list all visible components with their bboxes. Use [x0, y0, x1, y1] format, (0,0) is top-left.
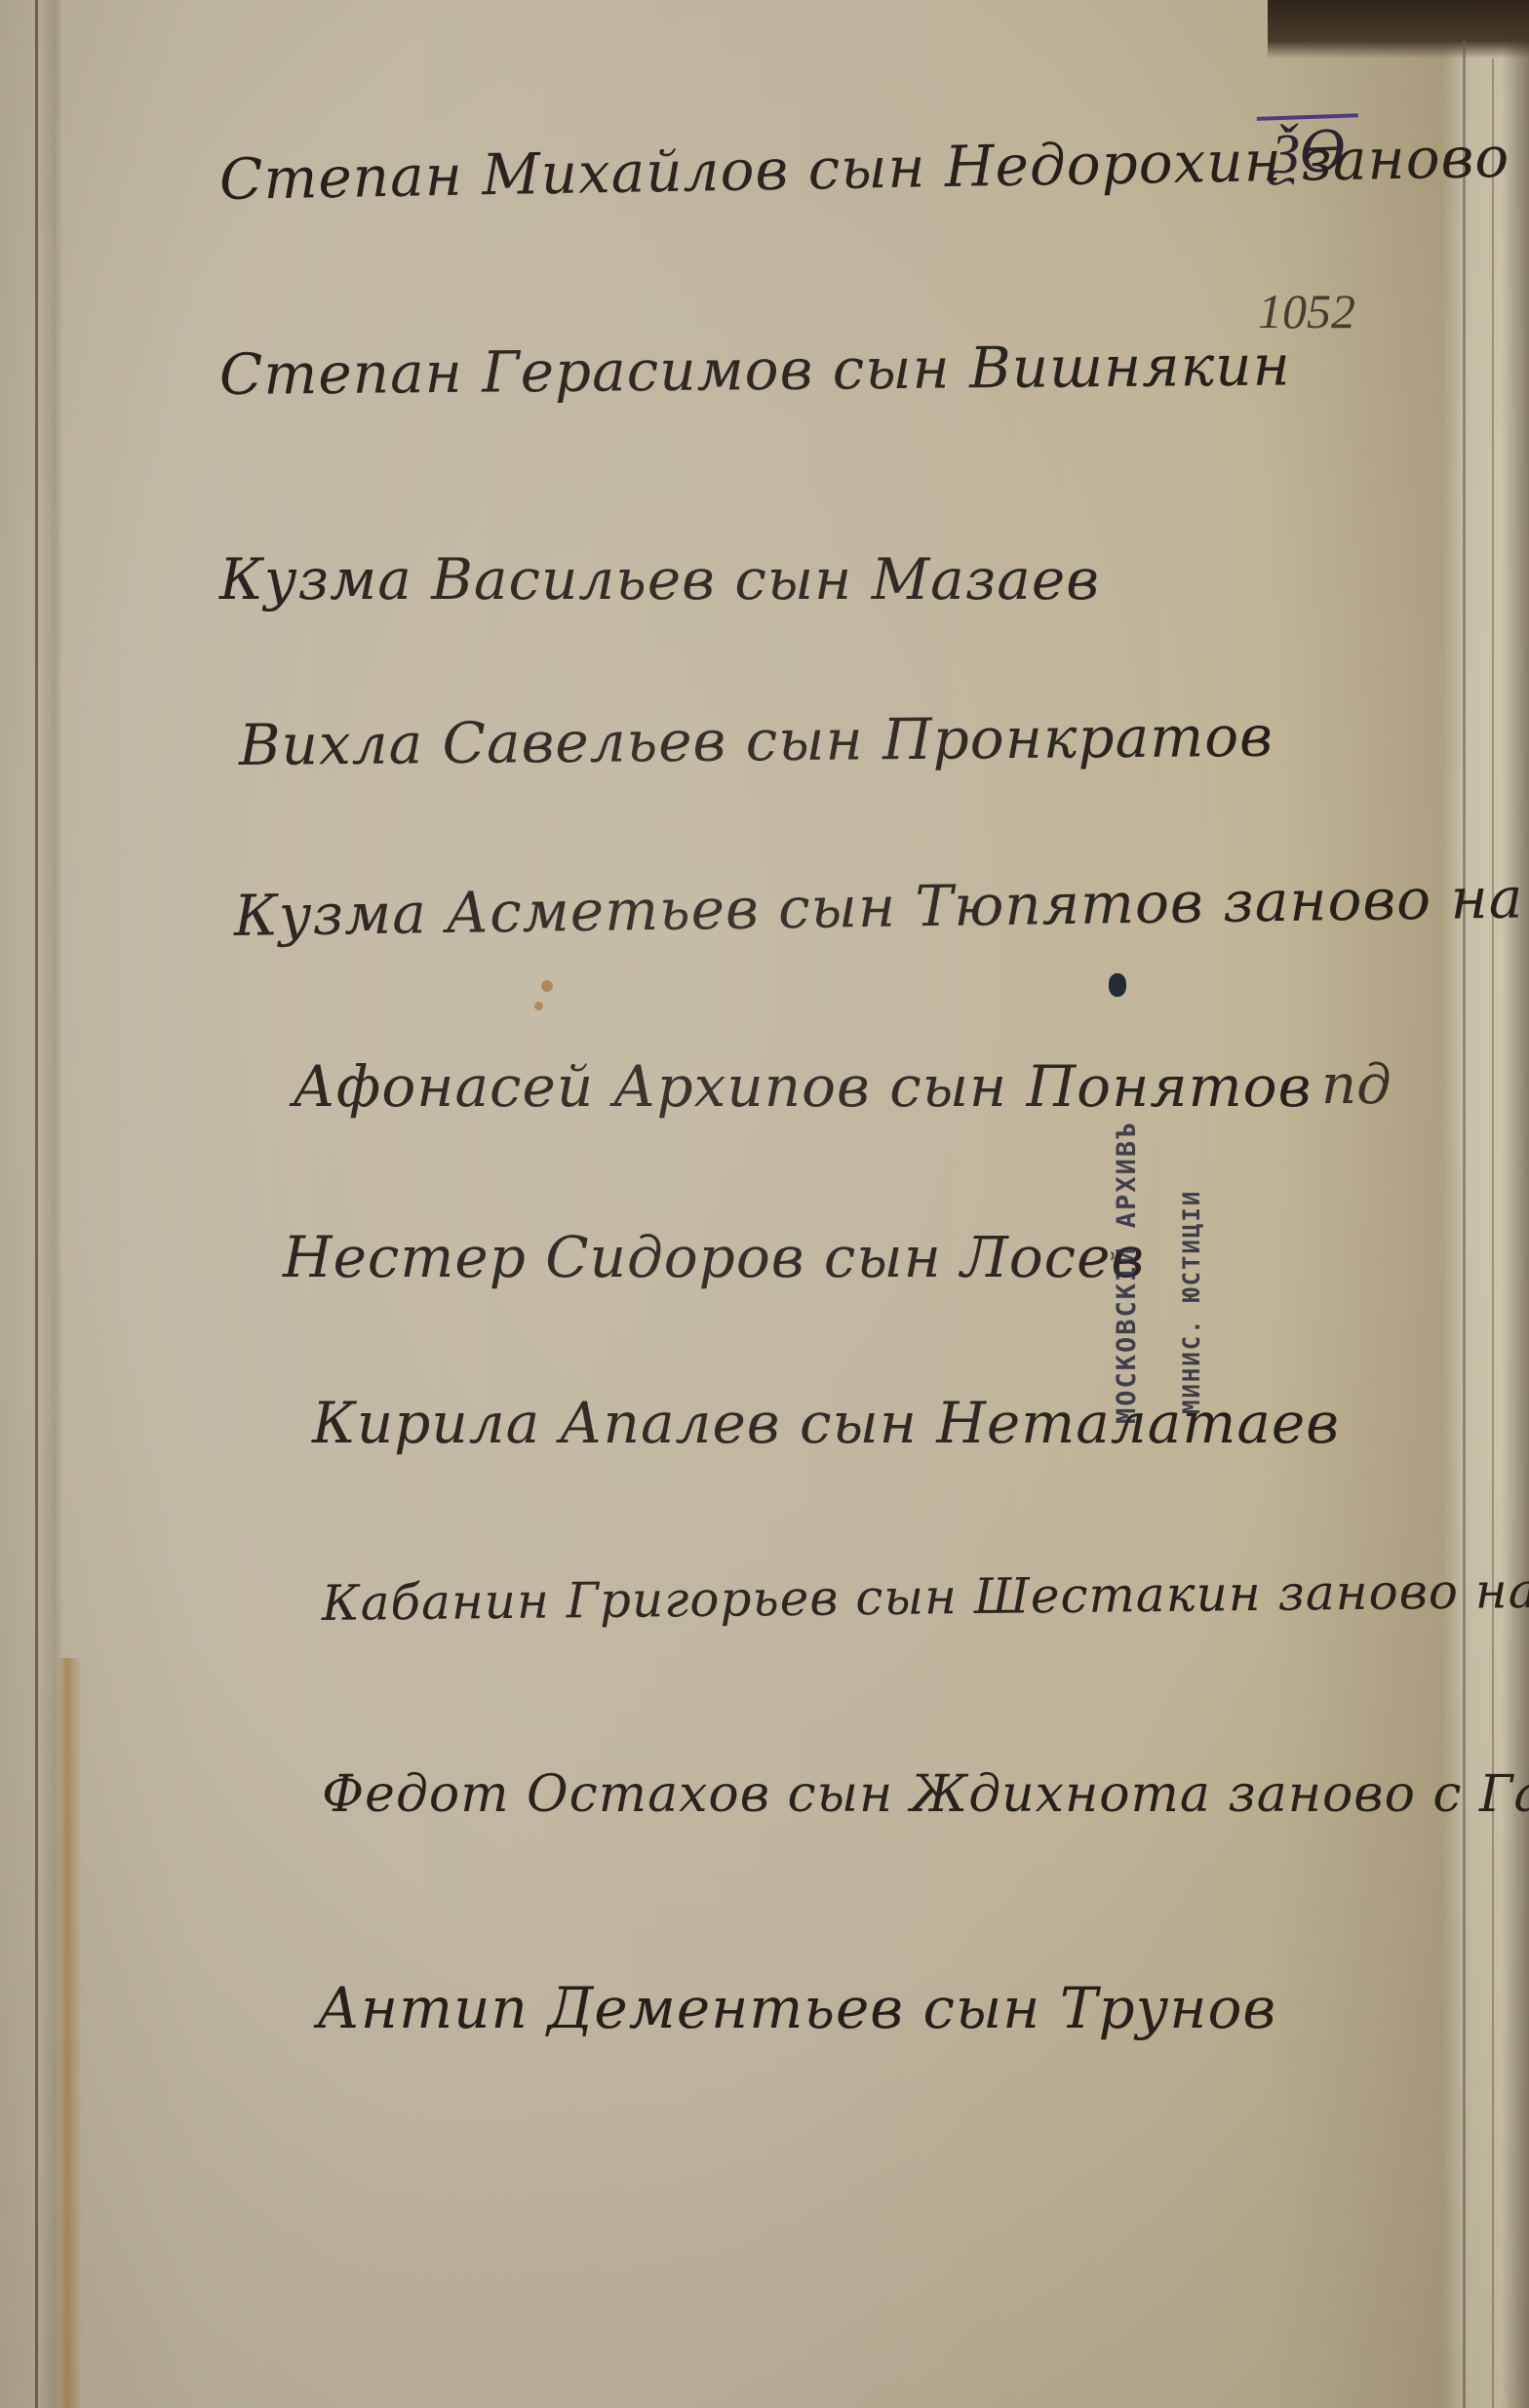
page-edge	[1463, 39, 1466, 2408]
manuscript-line-2: Степан Герасимов сын Вишнякин	[219, 332, 1291, 408]
gutter-fold	[35, 0, 38, 2408]
manuscript-line-4: Вихла Савельев сын Пронкратов	[239, 703, 1274, 778]
margin-annotation: пд	[1321, 1053, 1392, 1117]
page-edge-back	[1492, 59, 1494, 2408]
manuscript-line-11: Антип Дементьев сын Трунов	[317, 1975, 1276, 2041]
manuscript-line-3: Кузма Васильев сын Мазаев	[219, 546, 1100, 612]
manuscript-line-9: Кабанин Григорьев сын Шестакин заново на…	[322, 1556, 1529, 1632]
manuscript-line-5: Кузма Асметьев сын Тюпятов заново на Мит…	[234, 857, 1529, 949]
archive-stamp-line-2: МИНИС. ЮСТИЦІИ	[1178, 1190, 1205, 1414]
pencil-page-number: 1052	[1258, 283, 1355, 339]
manuscript-line-10: Федот Остахов сын Ждихнота заново с Ганю…	[322, 1765, 1529, 1824]
rust-spot	[541, 980, 553, 992]
ink-blot	[1109, 973, 1126, 997]
gutter-stain	[57, 1658, 82, 2408]
archive-stamp-line-1: МОСКОВСКІЙ АРХИВЪ	[1112, 1122, 1142, 1424]
manuscript-line-7: Нестер Сидоров сын Лосев	[283, 1224, 1145, 1290]
manuscript-photo: ѮѲ 1052 Степан Михайлов сын Недорохин за…	[0, 0, 1529, 2408]
archive-stamp: МОСКОВСКІЙ АРХИВЪ МИНИС. ЮСТИЦІИ	[1092, 1063, 1209, 1424]
rust-spot	[534, 1002, 543, 1010]
binding-shadow	[1268, 0, 1529, 59]
